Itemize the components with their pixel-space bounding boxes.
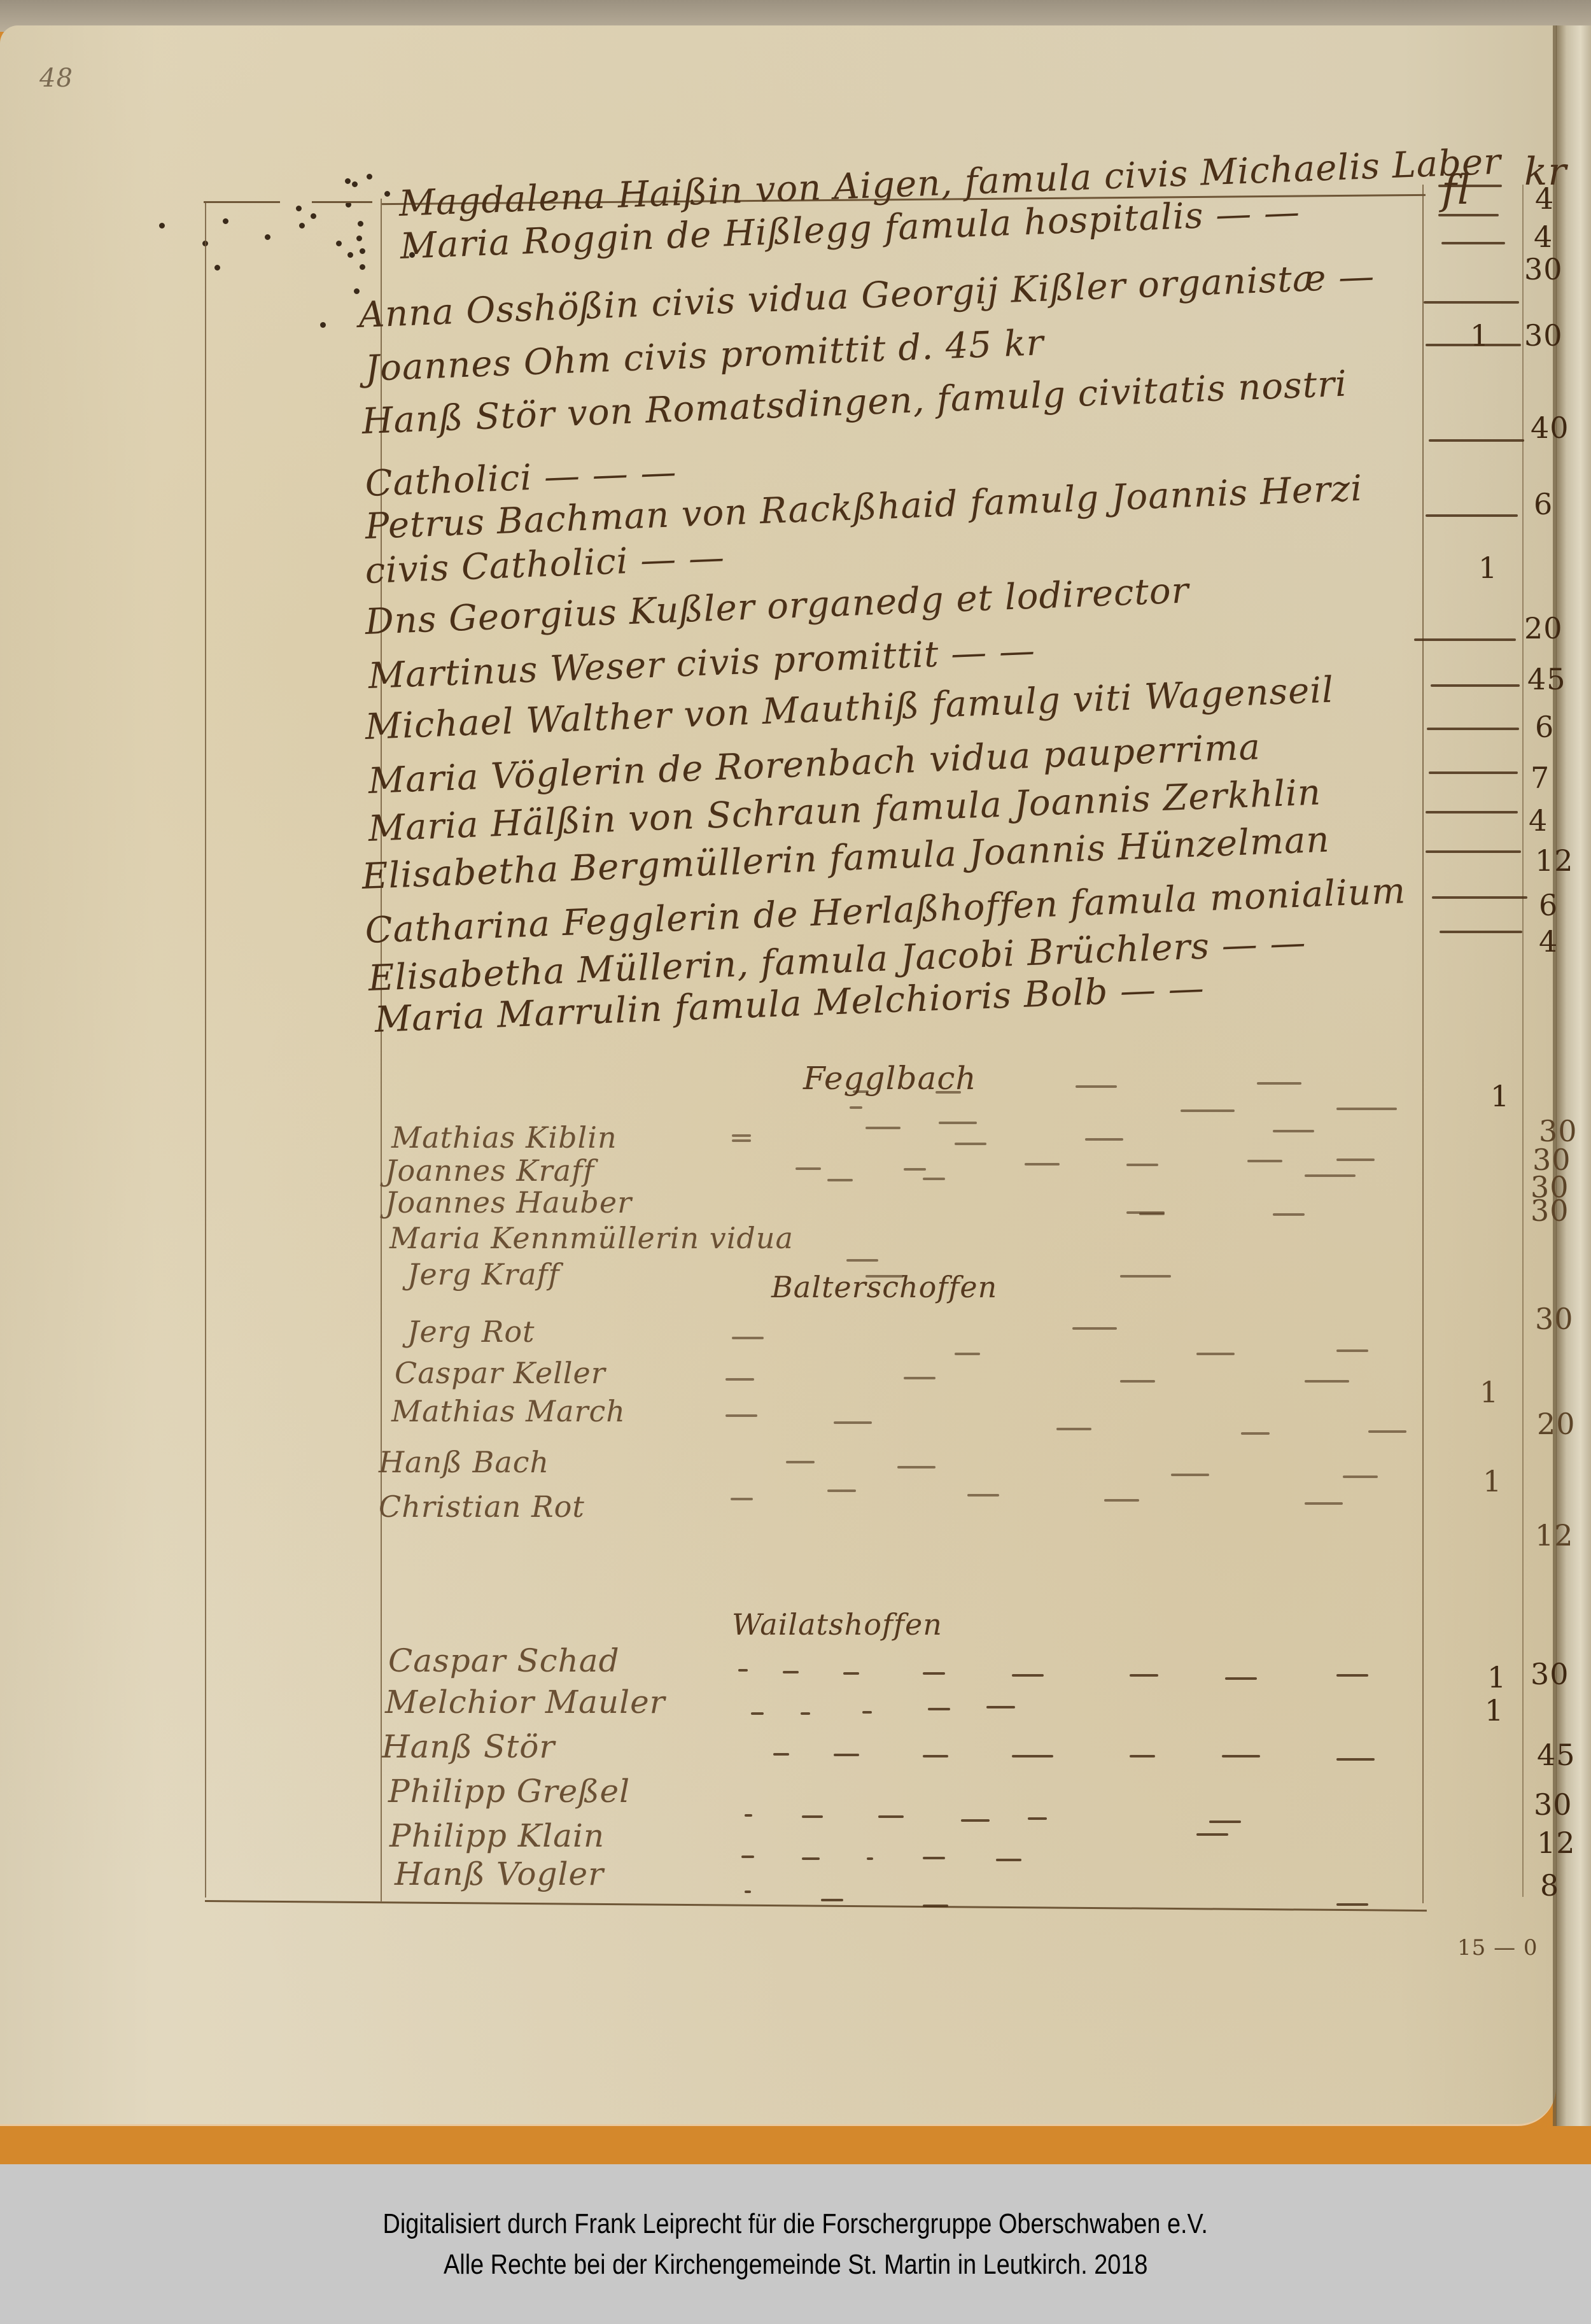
- credit-line-2: Alle Rechte bei der Kirchengemeinde St. …: [444, 2244, 1147, 2285]
- ledger-fl: 1: [1470, 318, 1489, 353]
- credit-line-1: Digitalisiert durch Frank Leiprecht für …: [383, 2204, 1208, 2244]
- ledger-kr: 12: [1535, 843, 1574, 878]
- section-fl: 1: [1490, 1079, 1510, 1113]
- ledger-fl: 1: [1485, 1693, 1504, 1728]
- ledger-entry: Melchior Mauler: [385, 1684, 666, 1721]
- ledger-fl: 1: [1487, 1660, 1506, 1694]
- ledger-fl: 1: [1480, 1375, 1499, 1409]
- ledger-kr: 30: [1534, 1787, 1573, 1822]
- ledger-entry: Christian Rot: [379, 1489, 585, 1524]
- ledger-kr: 6: [1534, 487, 1553, 521]
- ledger-kr: 20: [1524, 611, 1563, 645]
- gulden-column-border: [1422, 185, 1424, 1903]
- page-number: 48: [39, 64, 73, 93]
- ledger-entry: Maria Kennmüllerin vidua: [389, 1221, 794, 1255]
- ledger-kr: 4: [1534, 220, 1553, 254]
- ledger-entry: Hanß Vogler: [395, 1856, 604, 1892]
- ledger-kr: 7: [1531, 761, 1550, 795]
- ledger-kr: 30: [1524, 318, 1563, 353]
- ledger-fl: 1: [1483, 1464, 1502, 1498]
- ledger-kr: 12: [1535, 1518, 1574, 1553]
- table-left-border: [205, 201, 206, 1898]
- table-top-rule-left: [204, 201, 280, 203]
- ledger-kr: 30: [1524, 252, 1563, 286]
- ledger-kr: 45: [1527, 662, 1566, 696]
- ledger-entry: Joannes Hauber: [385, 1185, 632, 1220]
- ledger-kr: 45: [1537, 1738, 1576, 1772]
- ledger-kr: 12: [1537, 1826, 1576, 1860]
- page-total: 15 — 0: [1457, 1935, 1538, 1961]
- ledger-kr: 30: [1531, 1194, 1569, 1228]
- ledger-entry: Jerg Rot: [407, 1314, 535, 1349]
- ledger-entry: Jerg Kraff: [407, 1257, 560, 1292]
- ledger-kr: 4: [1539, 924, 1558, 959]
- ledger-entry: Philipp Klain: [389, 1817, 605, 1854]
- ledger-entry: Mathias Kiblin: [391, 1120, 617, 1155]
- ledger-entry: Philipp Greßel: [388, 1773, 630, 1810]
- ledger-entry: Caspar Schad: [388, 1642, 620, 1679]
- ledger-entry: Hanß Bach: [379, 1445, 549, 1479]
- digitization-credit-footer: Digitalisiert durch Frank Leiprecht für …: [0, 2164, 1591, 2324]
- ledger-kr: 4: [1529, 803, 1548, 838]
- ledger-kr: 20: [1537, 1407, 1576, 1441]
- ledger-entry: Caspar Keller: [395, 1356, 606, 1390]
- ledger-kr: 6: [1535, 710, 1554, 744]
- ledger-entry: Joannes Kraff: [385, 1153, 594, 1188]
- ledger-kr: 8: [1540, 1868, 1559, 1903]
- ledger-kr: 40: [1531, 411, 1569, 445]
- table-top-rule-mid: [312, 201, 372, 203]
- ledger-kr: 30: [1531, 1657, 1569, 1691]
- ledger-kr: 6: [1539, 888, 1558, 922]
- ledger-kr: 30: [1535, 1302, 1574, 1336]
- ledger-entry: Hanß Stör: [382, 1728, 555, 1765]
- ledger-entry: Mathias March: [391, 1394, 626, 1428]
- name-column-border: [381, 199, 382, 1901]
- first-row-kr: 4: [1535, 181, 1554, 216]
- section-heading: Wailatshoffen: [732, 1607, 943, 1642]
- manuscript-scan: 48 fl kr 4 Magdalena Haißin von Aige: [0, 0, 1591, 2164]
- ledger-fl: 1: [1478, 551, 1497, 585]
